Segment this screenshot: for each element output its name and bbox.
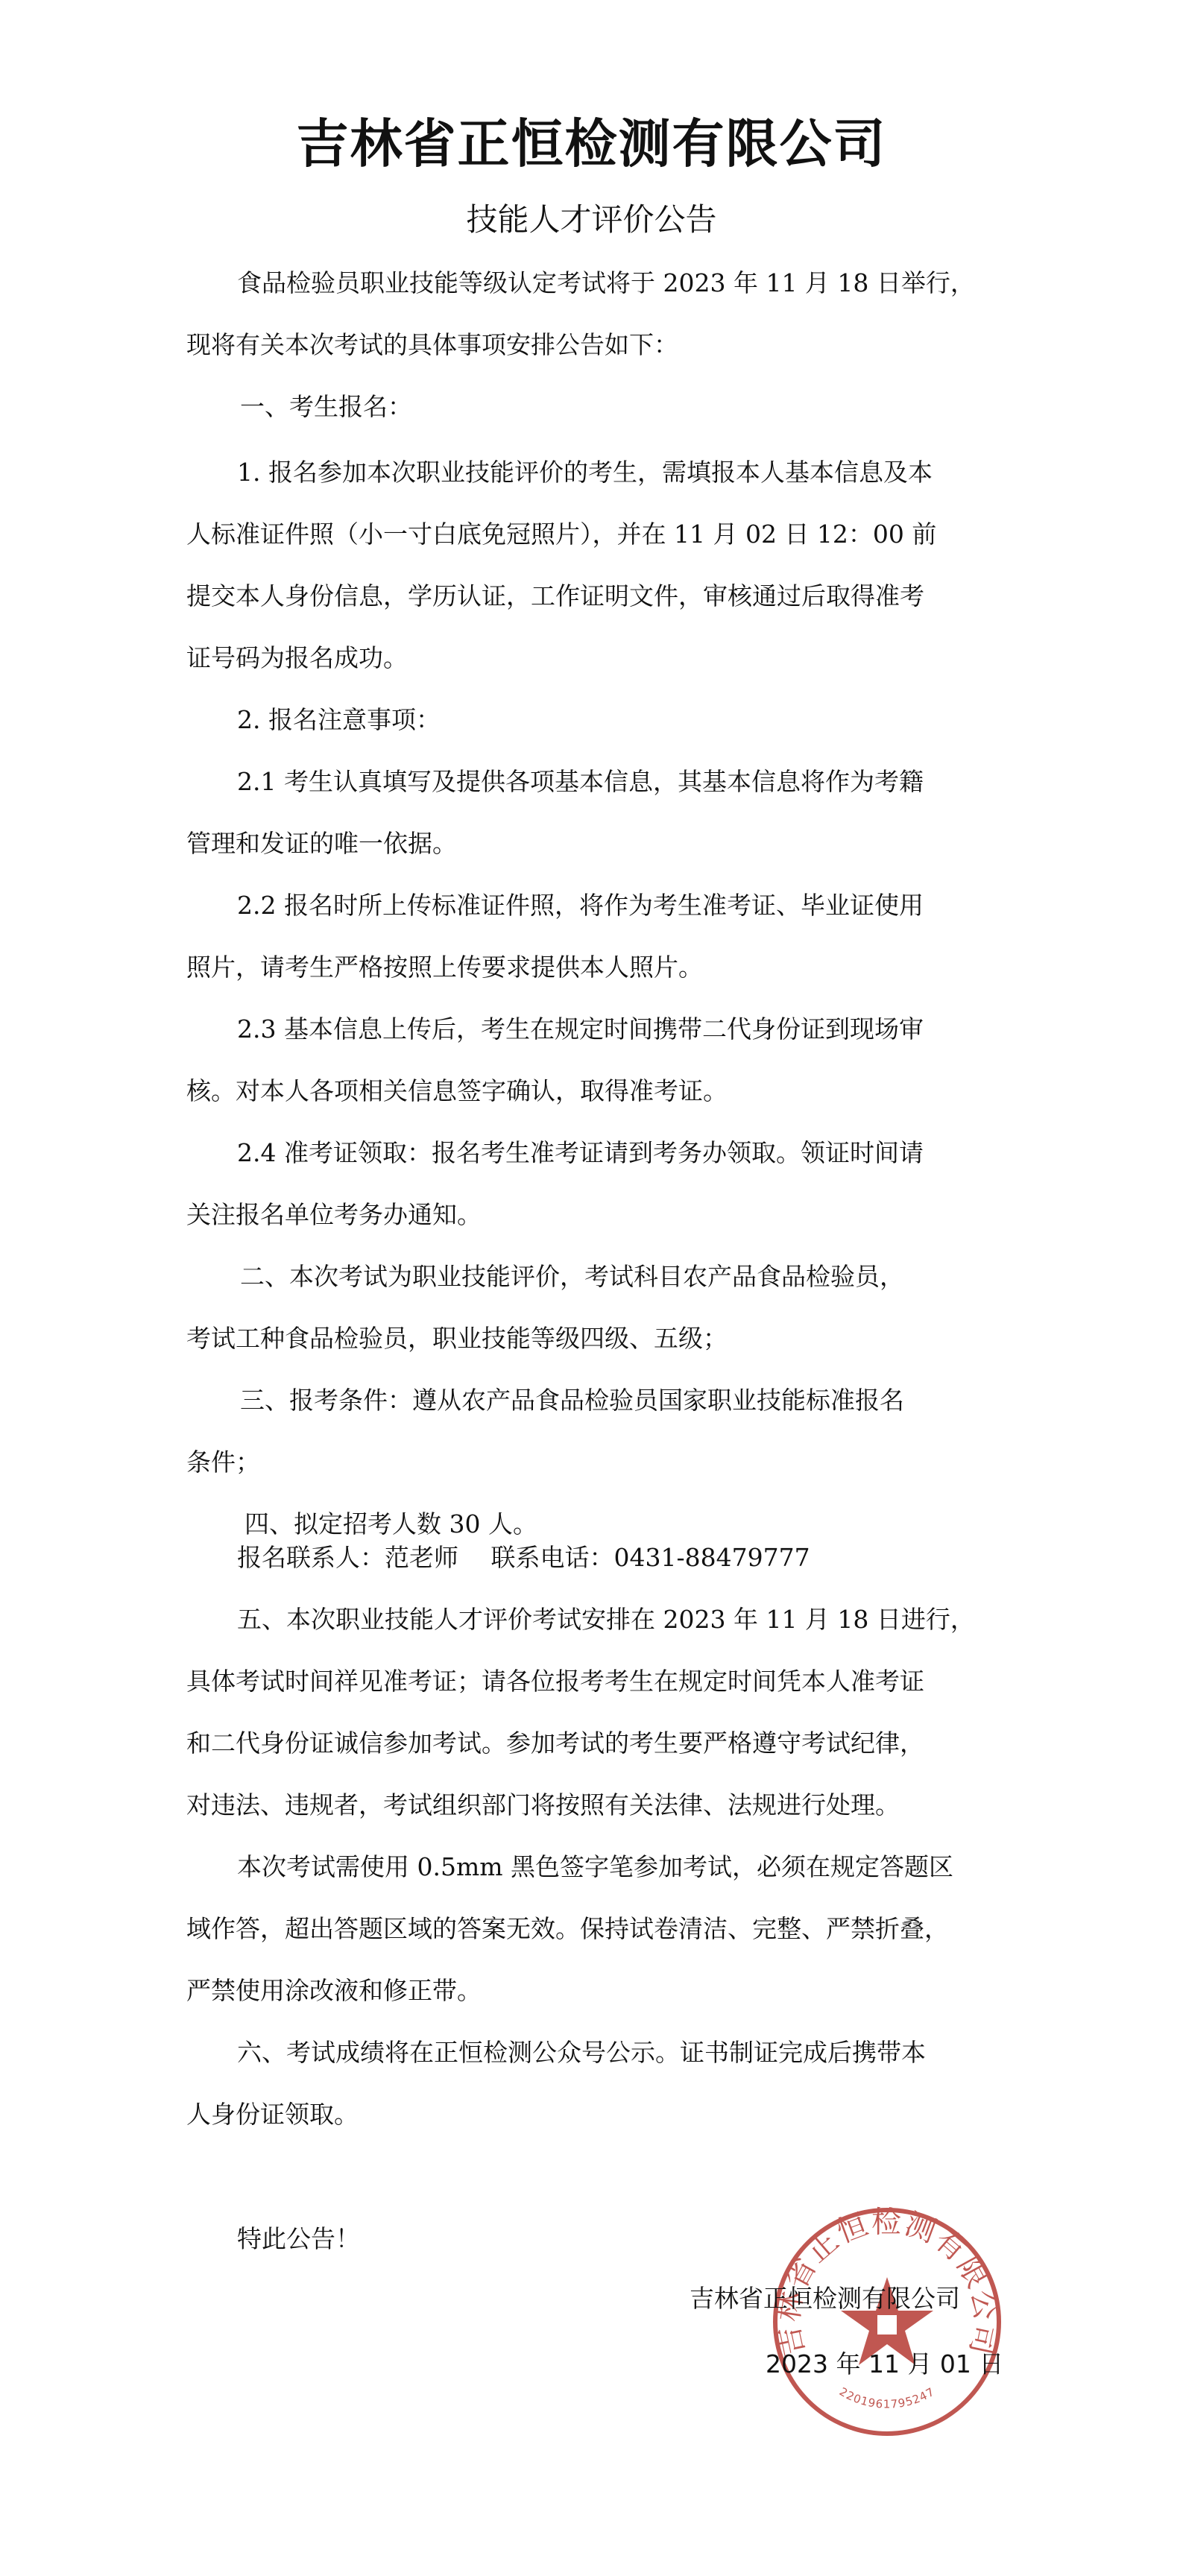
body-text-line: 报名联系人：范老师 联系电话：0431-88479777 [237,1541,810,1574]
body-text-line: 2.4 准考证领取：报名考生准考证请到考务办领取。领证时间请 [237,1137,924,1169]
signature-company: 吉林省正恒检测有限公司 [690,2282,960,2315]
body-text-line: 五、本次职业技能人才评价考试安排在 2023 年 11 月 18 日进行， [237,1603,975,1636]
body-text-line: 严禁使用涂改液和修正带。 [186,1974,482,2007]
body-text-line: 四、拟定招考人数 30 人。 [245,1508,537,1541]
body-text-line: 三、报考条件：遵从农产品食品检验员国家职业技能标准报名 [240,1384,904,1417]
body-text-line: 证号码为报名成功。 [186,642,408,675]
company-title: 吉林省正恒检测有限公司 [0,110,1183,177]
body-text-line: 具体考试时间祥见准考证；请各位报考考生在规定时间凭本人准考证 [186,1665,924,1698]
body-text-line: 一、考生报名： [240,391,412,423]
body-text-line: 2.3 基本信息上传后，考生在规定时间携带二代身份证到现场审 [237,1013,924,1046]
body-text-line: 人身份证领取。 [186,2098,359,2131]
body-text-line: 特此公告！ [237,2223,360,2255]
body-text-line: 核。对本人各项相关信息签字确认，取得准考证。 [186,1075,728,1108]
body-text-line: 人标准证件照（小一寸白底免冠照片），并在 11 月 02 日 12：00 前 [186,518,936,551]
notice-title: 技能人才评价公告 [0,198,1183,242]
body-text-line: 本次考试需使用 0.5mm 黑色签字笔参加考试，必须在规定答题区 [237,1851,953,1884]
seal-code: 2201961795247 [837,2384,937,2411]
body-text-line: 条件； [186,1446,260,1479]
body-text-line: 1. 报名参加本次职业技能评价的考生，需填报本人基本信息及本 [237,456,933,489]
body-text-line: 和二代身份证诚信参加考试。参加考试的考生要严格遵守考试纪律， [186,1727,924,1760]
body-text-line: 2.2 报名时所上传标准证件照，将作为考生准考证、毕业证使用 [237,889,924,922]
company-seal-stamp: 吉林省正恒检测有限公司 2201961795247 [768,2203,1006,2441]
body-text-line: 现将有关本次考试的具体事项安排公告如下： [186,329,678,362]
body-text-line: 二、本次考试为职业技能评价，考试科目农产品食品检验员， [240,1260,904,1293]
body-text-line: 关注报名单位考务办通知。 [186,1199,482,1231]
body-text-line: 考试工种食品检验员，职业技能等级四级、五级； [186,1322,728,1355]
body-text-line: 2. 报名注意事项： [237,704,441,736]
body-text-line: 2.1 考生认真填写及提供各项基本信息，其基本信息将作为考籍 [237,765,924,798]
body-text-line: 照片，请考生严格按照上传要求提供本人照片。 [186,951,703,984]
body-text-line: 域作答，超出答题区域的答案无效。保持试卷清洁、完整、严禁折叠， [186,1913,949,1945]
signature-date: 2023 年 11 月 01 日 [766,2348,1003,2381]
body-text-line: 管理和发证的唯一依据。 [186,827,457,860]
body-text-line: 对违法、违规者，考试组织部门将按照有关法律、法规进行处理。 [186,1789,900,1822]
body-text-line: 提交本人身份信息，学历认证，工作证明文件，审核通过后取得准考 [186,580,924,613]
body-text-line: 六、考试成绩将在正恒检测公众号公示。证书制证完成后携带本 [237,2036,926,2069]
body-text-line: 食品检验员职业技能等级认定考试将于 2023 年 11 月 18 日举行， [237,267,975,300]
seal-qr-code-icon [877,2314,897,2335]
